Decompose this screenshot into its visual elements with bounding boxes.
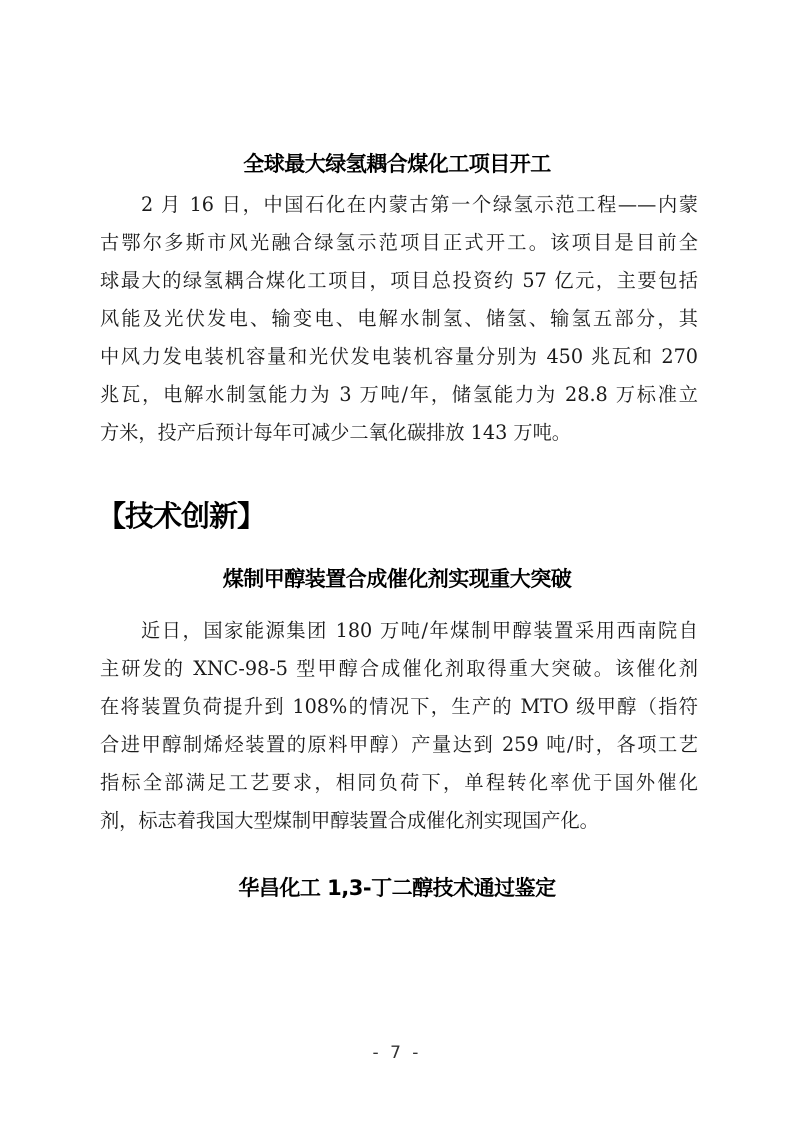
paragraph-line: 指标全部满足工艺要求，相同负荷下，单程转化率优于国外催化 <box>100 764 698 802</box>
paragraph-line: 兆瓦，电解水制氢能力为 3 万吨/年，储氢能力为 28.8 万标准立 <box>100 376 698 414</box>
paragraph-line: 方米，投产后预计每年可减少二氧化碳排放 143 万吨。 <box>100 414 698 452</box>
paragraph-line: 2 月 16 日，中国石化在内蒙古第一个绿氢示范工程——内蒙 <box>100 186 698 224</box>
section-title-tech-innovation: 【技术创新】 <box>97 494 265 535</box>
page-number: - 7 - <box>0 1043 794 1063</box>
paragraph-line: 风能及光伏发电、输变电、电解水制氢、储氢、输氢五部分，其 <box>100 300 698 338</box>
article-title-methanol-catalyst: 煤制甲醇装置合成催化剂实现重大突破 <box>0 563 794 593</box>
paragraph-line: 主研发的 XNC-98-5 型甲醇合成催化剂取得重大突破。该催化剂 <box>100 650 698 688</box>
paragraph-line: 中风力发电装机容量和光伏发电装机容量分别为 450 兆瓦和 270 <box>100 338 698 376</box>
article-title-green-hydrogen: 全球最大绿氢耦合煤化工项目开工 <box>0 148 794 178</box>
article-body-green-hydrogen: 2 月 16 日，中国石化在内蒙古第一个绿氢示范工程——内蒙 古鄂尔多斯市风光融… <box>100 186 698 452</box>
paragraph-line: 近日，国家能源集团 180 万吨/年煤制甲醇装置采用西南院自 <box>100 612 698 650</box>
paragraph-line: 在将装置负荷提升到 108%的情况下，生产的 MTO 级甲醇（指符 <box>100 688 698 726</box>
paragraph-line: 球最大的绿氢耦合煤化工项目，项目总投资约 57 亿元，主要包括 <box>100 262 698 300</box>
article-title-butanediol: 华昌化工 1,3-丁二醇技术通过鉴定 <box>0 872 794 902</box>
article-body-methanol-catalyst: 近日，国家能源集团 180 万吨/年煤制甲醇装置采用西南院自 主研发的 XNC-… <box>100 612 698 840</box>
paragraph-line: 剂，标志着我国大型煤制甲醇装置合成催化剂实现国产化。 <box>100 802 698 840</box>
paragraph-line: 古鄂尔多斯市风光融合绿氢示范项目正式开工。该项目是目前全 <box>100 224 698 262</box>
document-page: 全球最大绿氢耦合煤化工项目开工 2 月 16 日，中国石化在内蒙古第一个绿氢示范… <box>0 0 794 1123</box>
paragraph-line: 合进甲醇制烯烃装置的原料甲醇）产量达到 259 吨/时，各项工艺 <box>100 726 698 764</box>
